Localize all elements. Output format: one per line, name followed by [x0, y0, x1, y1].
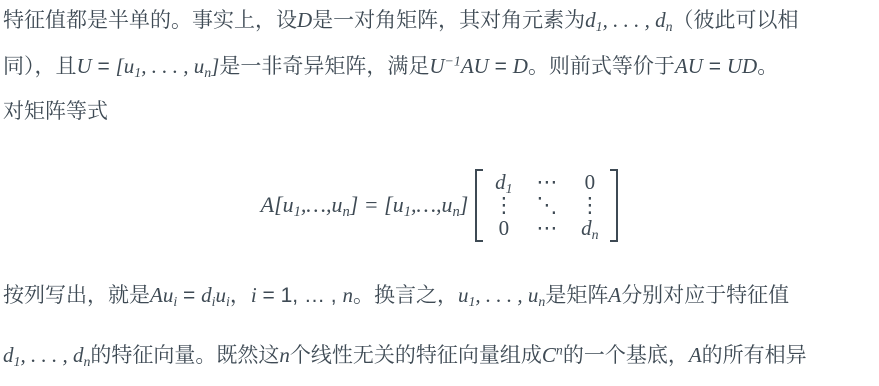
text-line-2: 同），且U = [u1, . . . , un]是一非奇异矩阵，满足U−1AU … — [3, 43, 879, 89]
text-run: 是一非奇异矩阵，满足 — [219, 55, 429, 78]
text-run: U — [429, 54, 444, 78]
text-run: d — [585, 8, 596, 32]
text-run: ] = [u — [350, 192, 404, 217]
text-run: n — [592, 226, 599, 241]
text-run: D — [513, 54, 528, 78]
equation-block: A[u1,…,un] = [u1,…,un] d1 ⋯ 0 ⋮ ⋱ ⋮ 0 ⋯ … — [0, 161, 879, 249]
paragraph-1: 特征值都是半单的。事实上，设D是一对角矩阵，其对角元素为d1, . . . , … — [0, 0, 879, 135]
text-run: , . . . , d — [20, 343, 83, 367]
text-run: A — [608, 283, 621, 307]
matrix-cells: d1 ⋯ 0 ⋮ ⋱ ⋮ 0 ⋯ dn — [483, 169, 610, 242]
text-run: 1 — [404, 204, 411, 220]
matrix-bracket-right — [610, 169, 618, 242]
text-run: 的一个基底， — [563, 344, 689, 367]
text-line-3: 对矩阵等式 — [3, 89, 879, 135]
text-run: n — [342, 283, 353, 307]
text-run: C — [542, 343, 556, 367]
text-run: 是一对角矩阵，其对角元素为 — [312, 9, 585, 32]
text-run: u — [458, 283, 469, 307]
text-run: ⋱ — [536, 193, 557, 217]
text-run: 是矩阵 — [545, 284, 608, 307]
text-run: u — [215, 283, 226, 307]
text-run: n — [666, 19, 673, 34]
text-run: = — [489, 55, 513, 78]
text-run: A — [689, 343, 702, 367]
text-run: 0 — [585, 170, 596, 194]
matrix-cell-3-2: ⋯ — [536, 217, 557, 240]
text-run: n — [342, 204, 349, 220]
text-run: ⋮ — [579, 193, 600, 217]
text-run: , . . . , u — [141, 54, 204, 78]
text-run: n — [279, 343, 290, 367]
text-run: d — [495, 170, 506, 194]
text-run: 个线性无关的特征向量组成 — [290, 344, 542, 367]
text-run: 0 — [499, 216, 510, 240]
text-run: ， — [230, 284, 251, 307]
matrix-cell-1-2: ⋯ — [536, 171, 557, 194]
text-line-1: 特征值都是半单的。事实上，设D是一对角矩阵，其对角元素为d1, . . . , … — [3, 0, 879, 43]
text-run: （彼此可以相 — [673, 9, 799, 32]
text-run: = 1, … , — [257, 284, 343, 307]
text-run: , . . . , u — [475, 283, 538, 307]
text-run: n — [556, 342, 563, 357]
paragraph-2: 按列写出，就是Aui = diui，i = 1, … , n。换言之，u1, .… — [0, 265, 879, 385]
text-run: 按列写出，就是 — [3, 284, 150, 307]
text-run: 对矩阵等式 — [3, 100, 108, 123]
matrix-bracket-left — [475, 169, 483, 242]
text-run: ,…,u — [411, 192, 453, 217]
matrix-cell-2-1: ⋮ — [493, 194, 514, 217]
text-run: −1 — [445, 53, 461, 68]
text-run: 。 — [757, 55, 778, 78]
text-run: AU — [675, 54, 703, 78]
matrix-cell-1-1: d1 — [495, 171, 512, 194]
text-run: d — [3, 343, 14, 367]
text-run: 分别对应于特征值 — [621, 284, 789, 307]
equation-lhs: A[u1,…,un] = [u1,…,un] — [261, 192, 469, 218]
text-run: ,…,u — [301, 192, 343, 217]
text-run: AU — [461, 54, 489, 78]
text-run: A[u — [261, 192, 294, 217]
diagonal-matrix: d1 ⋯ 0 ⋮ ⋱ ⋮ 0 ⋯ dn — [475, 169, 618, 242]
text-run: 1 — [596, 19, 603, 34]
text-run: ⋮ — [493, 193, 514, 217]
text-line-5: d1, . . . , dn的特征向量。既然这n个线性无关的特征向量组成Cn的一… — [3, 325, 879, 385]
text-run: = — [177, 284, 201, 307]
text-run: 。换言之， — [353, 284, 458, 307]
text-run: d — [655, 8, 666, 32]
text-run: UD — [727, 54, 757, 78]
text-run: Au — [150, 283, 173, 307]
text-line-4: 按列写出，就是Aui = diui，i = 1, … , n。换言之，u1, .… — [3, 265, 879, 325]
text-run: 特征值都是半单的。事实上，设 — [3, 9, 297, 32]
text-run: 的特征向量。既然这 — [90, 344, 279, 367]
text-run: [u — [116, 54, 135, 78]
text-run: U — [77, 54, 92, 78]
text-run: = — [703, 55, 727, 78]
text-run: ⋯ — [536, 170, 557, 194]
matrix-cell-3-1: 0 — [499, 217, 510, 240]
text-run: D — [297, 8, 312, 32]
text-run: 同），且 — [3, 55, 77, 78]
matrix-cell-1-3: 0 — [585, 171, 596, 194]
text-run: ] — [460, 192, 469, 217]
text-run: , . . . , — [603, 8, 656, 32]
text-run: ⋯ — [536, 216, 557, 240]
text-run: n — [453, 204, 460, 220]
text-run: 的所有相异 — [702, 344, 807, 367]
text-run: d — [581, 216, 592, 240]
document-page: 特征值都是半单的。事实上，设D是一对角矩阵，其对角元素为d1, . . . , … — [0, 0, 879, 386]
text-run: 1 — [294, 204, 301, 220]
text-run: = — [92, 55, 116, 78]
text-run: 。则前式等价于 — [528, 55, 675, 78]
matrix-cell-2-3: ⋮ — [579, 194, 600, 217]
matrix-cell-3-3: dn — [581, 217, 598, 240]
text-run: d — [201, 283, 212, 307]
matrix-cell-2-2: ⋱ — [536, 194, 557, 217]
